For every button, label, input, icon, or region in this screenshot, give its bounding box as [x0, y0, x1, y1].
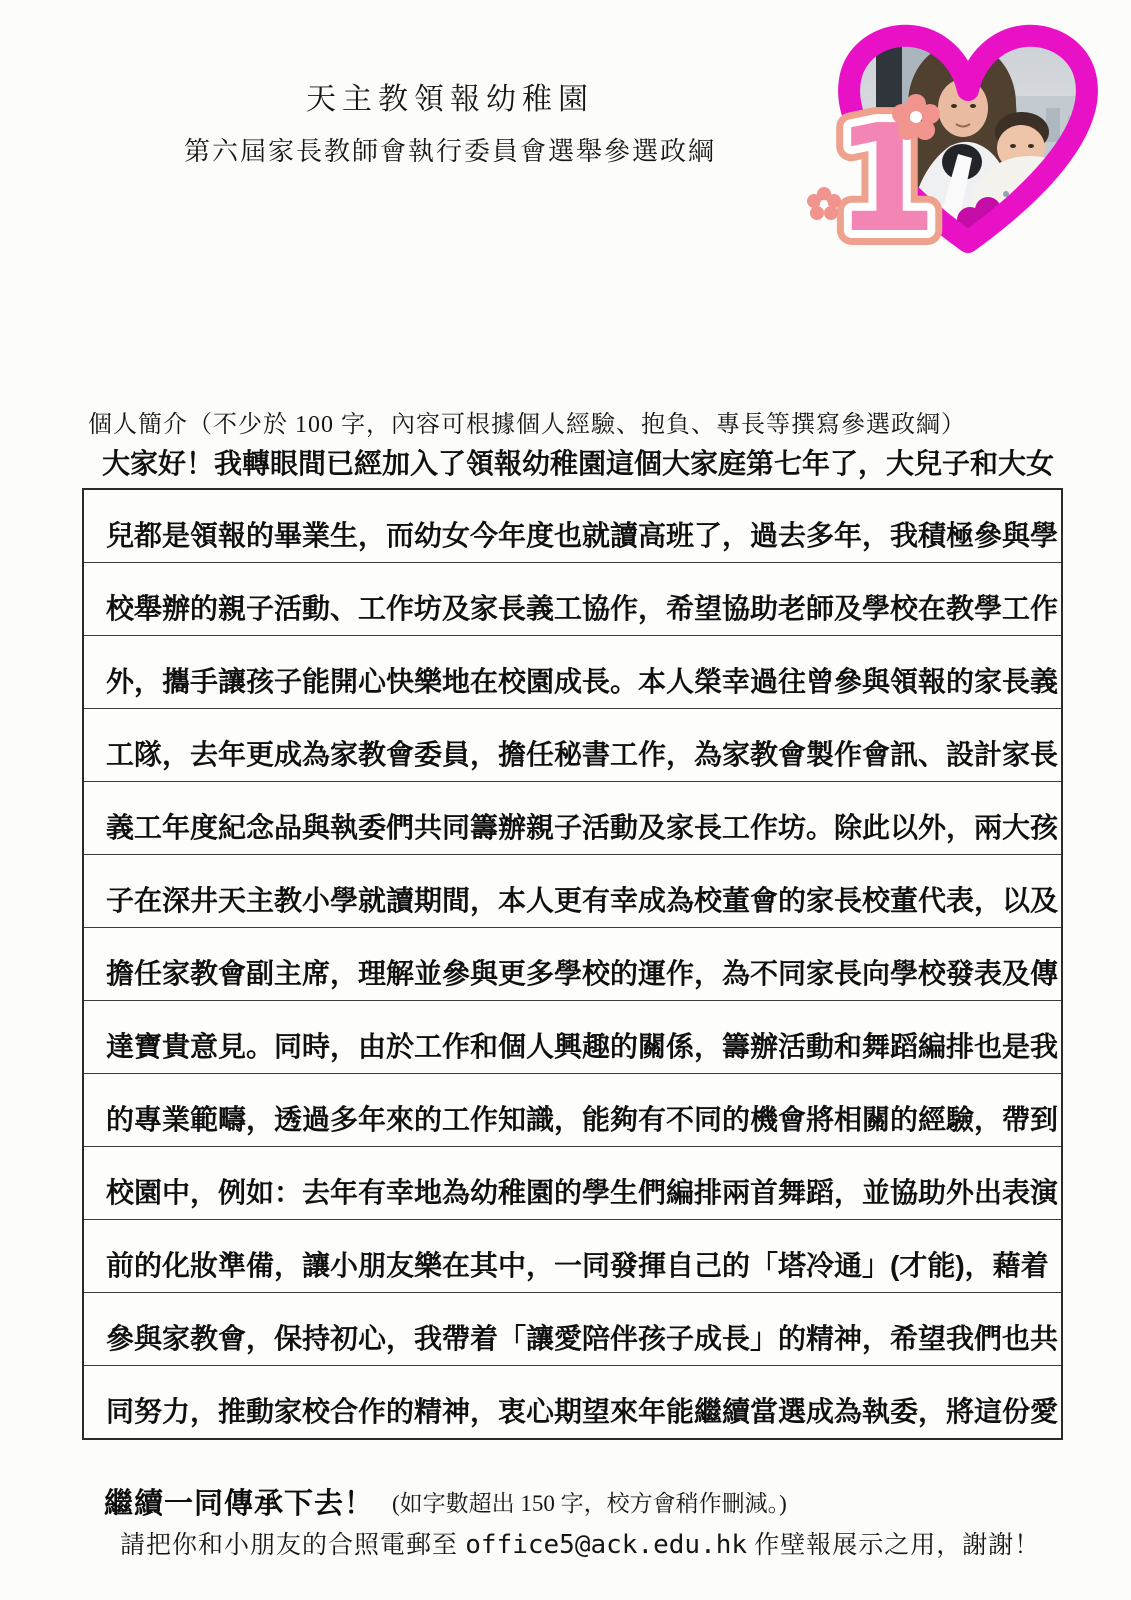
statement-row: 擔任家教會副主席，理解並參與更多學校的運作，為不同家長向學校發表及傳 [84, 928, 1061, 1001]
statement-row: 外，攜手讓孩子能開心快樂地在校園成長。本人榮幸過往曾參與領報的家長義 [84, 636, 1061, 709]
candidate-number-badge: 1 1 1 [798, 86, 982, 246]
statement-row: 的專業範疇，透過多年來的工作知識，能夠有不同的機會將相關的經驗，帶到 [84, 1074, 1061, 1147]
footer-text-prefix: 請把你和小朋友的合照電郵至 [120, 1532, 465, 1559]
photo-email-instruction: 請把你和小朋友的合照電郵至 office5@ack.edu.hk 作壁報展示之用… [120, 1525, 1040, 1561]
statement-row: 義工年度紀念品與執委們共同籌辦親子活動及家長工作坊。除此以外，兩大孩 [84, 782, 1061, 855]
word-limit-note: (如字數超出 150 字，校方會稍作刪減。) [392, 1491, 787, 1516]
closing-line: 繼續一同傳承下去！ (如字數超出 150 字，校方會稍作刪減。) [104, 1481, 787, 1522]
statement-box: 兒都是領報的畢業生，而幼女今年度也就讀高班了，過去多年，我積極參與學 校舉辦的親… [82, 488, 1063, 1440]
statement-row: 達寶貴意見。同時，由於工作和個人興趣的關係，籌辦活動和舞蹈編排也是我 [84, 1001, 1061, 1074]
intro-instruction-label: 個人簡介（不少於 100 字，內容可根據個人經驗、抱負、專長等撰寫參選政綱） [88, 404, 966, 439]
statement-row: 兒都是領報的畢業生，而幼女今年度也就讀高班了，過去多年，我積極參與學 [84, 490, 1061, 563]
statement-row: 前的化妝準備，讓小朋友樂在其中，一同發揮自己的「塔冷通」(才能)，藉着 [84, 1220, 1061, 1293]
statement-lead-line: 大家好！我轉眼間已經加入了領報幼稚園這個大家庭第七年了，大兒子和大女 [102, 442, 1054, 482]
contact-email: office5@ack.edu.hk [465, 1530, 747, 1560]
statement-row: 工隊，去年更成為家教會委員，擔任秘書工作，為家教會製作會訊、設計家長 [84, 709, 1061, 782]
statement-row: 參與家教會，保持初心，我帶着「讓愛陪伴孩子成長」的精神，希望我們也共 [84, 1293, 1061, 1366]
scanned-election-form: 天主教領報幼稚園 第六屆家長教師會執行委員會選舉參選政綱 [0, 0, 1131, 1600]
page-subtitle: 第六屆家長教師會執行委員會選舉參選政綱 [0, 131, 900, 168]
statement-row: 校舉辦的親子活動、工作坊及家長義工協作，希望協助老師及學校在教學工作 [84, 563, 1061, 636]
page-title: 天主教領報幼稚園 [0, 74, 900, 118]
footer-text-suffix: 作壁報展示之用，謝謝！ [747, 1532, 1040, 1559]
statement-row: 校園中，例如：去年有幸地為幼稚園的學生們編排兩首舞蹈，並協助外出表演 [84, 1147, 1061, 1220]
number-1-icon: 1 1 1 [798, 86, 982, 246]
closing-statement: 繼續一同傳承下去！ [104, 1488, 374, 1520]
statement-row: 子在深井天主教小學就讀期間，本人更有幸成為校董會的家長校董代表，以及 [84, 855, 1061, 928]
statement-row: 同努力，推動家校合作的精神，衷心期望來年能繼續當選成為執委，將這份愛 [84, 1366, 1061, 1438]
